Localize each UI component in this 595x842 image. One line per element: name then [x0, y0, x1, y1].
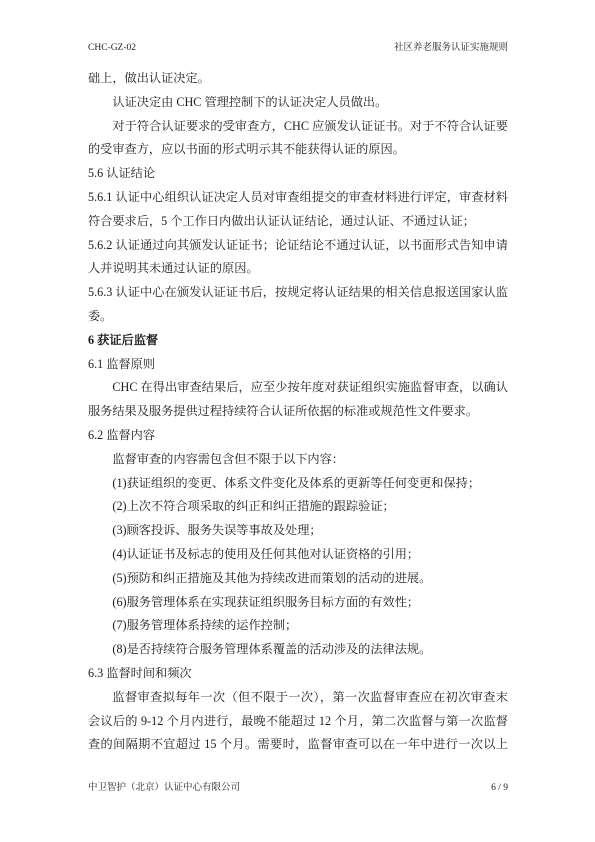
body-line: 委。	[88, 305, 508, 329]
footer-page-number: 6 / 9	[491, 782, 508, 794]
body-line: 5.6 认证结论	[88, 162, 508, 186]
body-line: (6)服务管理体系在实现获证组织服务目标方面的有效性；	[88, 591, 508, 615]
body-line: 础上，做出认证决定。	[88, 67, 508, 91]
page-header: CHC-GZ-02 社区养老服务认证实施规则	[88, 42, 508, 54]
body-line: 监督审查的内容需包含但不限于以下内容：	[88, 448, 508, 472]
body-line: (7)服务管理体系持续的运作控制；	[88, 614, 508, 638]
body-line: 对于符合认证要求的受审查方，CHC 应颁发认证证书。对于不符合认证要求	[88, 115, 508, 139]
footer-company-name: 中卫智护（北京）认证中心有限公司	[88, 782, 240, 794]
body-line: 的受审查方，应以书面的形式明示其不能获得认证的原因。	[88, 138, 508, 162]
body-line: 符合要求后，5 个工作日内做出认证认证结论，通过认证、不通过认证；	[88, 210, 508, 234]
header-doc-title: 社区养老服务认证实施规则	[394, 42, 508, 54]
body-line: CHC 在得出审查结果后，应至少按年度对获证组织实施监督审查，以确认其	[88, 376, 508, 400]
body-line: 6.2 监督内容	[88, 424, 508, 448]
document-page: CHC-GZ-02 社区养老服务认证实施规则 础上，做出认证决定。认证决定由 C…	[0, 0, 595, 842]
page-footer: 中卫智护（北京）认证中心有限公司 6 / 9	[88, 782, 508, 794]
document-body: 础上，做出认证决定。认证决定由 CHC 管理控制下的认证决定人员做出。对于符合认…	[88, 67, 508, 757]
body-line: 5.6.3 认证中心在颁发认证证书后，按规定将认证结果的相关信息报送国家认监	[88, 281, 508, 305]
body-line: (3)顾客投诉、服务失误等事故及处理；	[88, 519, 508, 543]
header-doc-code: CHC-GZ-02	[88, 42, 136, 54]
body-line: 人并说明其未通过认证的原因。	[88, 257, 508, 281]
body-line: 监督审查拟每年一次（但不限于一次），第一次监督审查应在初次审查末次	[88, 686, 508, 710]
body-line: (2)上次不符合项采取的纠正和纠正措施的跟踪验证；	[88, 495, 508, 519]
body-line: 6.1 监督原则	[88, 353, 508, 377]
body-line: (4)认证证书及标志的使用及任何其他对认证资格的引用；	[88, 543, 508, 567]
body-line: 6.3 监督时间和频次	[88, 662, 508, 686]
body-line: 5.6.2 认证通过向其颁发认证证书；论证结论不通过认证，以书面形式告知申请	[88, 234, 508, 258]
body-line: 会议后的 9-12 个月内进行，最晚不能超过 12 个月，第二次监督与第一次监督…	[88, 710, 508, 734]
body-line: 查的间隔期不宜超过 15 个月。需要时，监督审查可以在一年中进行一次以上的	[88, 733, 508, 757]
body-line: 5.6.1 认证中心组织认证决定人员对审查组提交的审查材料进行评定，审查材料	[88, 186, 508, 210]
body-line: 服务结果及服务提供过程持续符合认证所依据的标准或规范性文件要求。	[88, 400, 508, 424]
body-line: (8)是否持续符合服务管理体系覆盖的活动涉及的法律法规。	[88, 638, 508, 662]
body-line: 认证决定由 CHC 管理控制下的认证决定人员做出。	[88, 91, 508, 115]
body-line: 6 获证后监督	[88, 329, 508, 353]
body-line: (1)获证组织的变更、体系文件变化及体系的更新等任何变更和保持；	[88, 472, 508, 496]
body-line: (5)预防和纠正措施及其他为持续改进而策划的活动的进展。	[88, 567, 508, 591]
